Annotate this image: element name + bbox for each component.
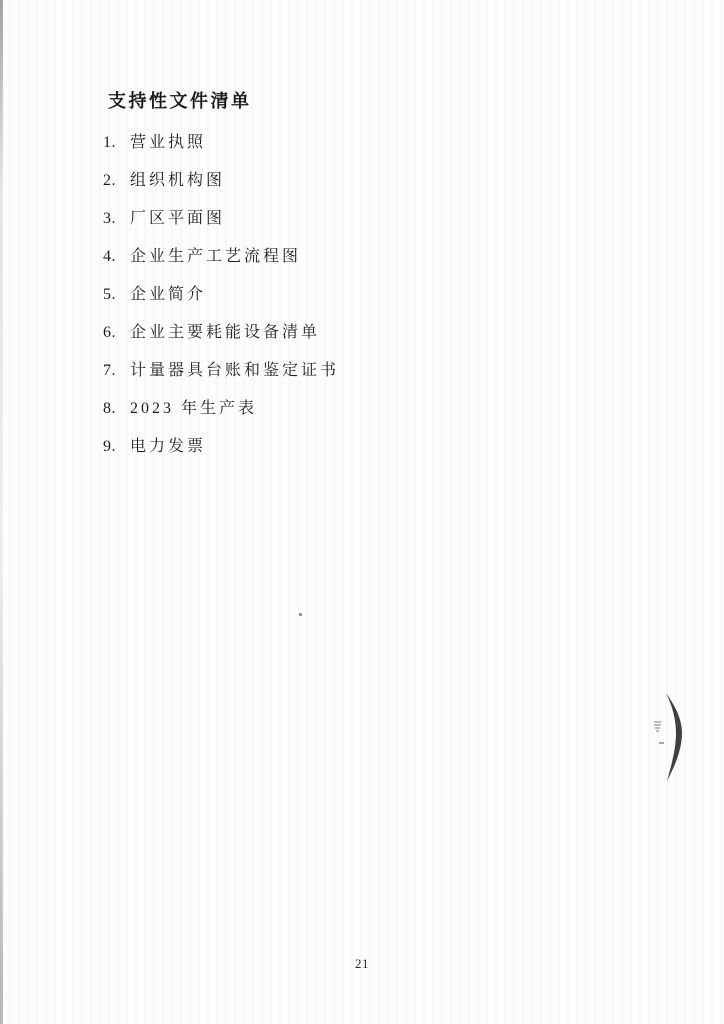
scan-left-edge-shadow (0, 0, 3, 1024)
list-item-number: 7. (103, 361, 130, 381)
list-item: 3. 厂区平面图 (103, 209, 339, 229)
list-item: 7. 计量器具台账和鉴定证书 (103, 361, 339, 381)
list-item-label: 计量器具台账和鉴定证书 (130, 361, 339, 381)
list-item: 4. 企业生产工艺流程图 (103, 247, 339, 267)
list-item: 8. 2023 年生产表 (103, 399, 339, 419)
list-item-number: 6. (103, 323, 130, 343)
list-item-number: 3. (103, 209, 130, 229)
list-item: 1. 营业执照 (103, 133, 339, 153)
list-item: 9. 电力发票 (103, 437, 339, 457)
document-page: 支持性文件清单 1. 营业执照 2. 组织机构图 3. 厂区平面图 4. 企业生… (0, 0, 724, 1024)
list-item-label: 2023 年生产表 (130, 399, 257, 419)
list-item-label: 组织机构图 (130, 171, 225, 191)
list-item-number: 8. (103, 399, 130, 419)
page-title: 支持性文件清单 (108, 90, 252, 112)
list-item-label: 厂区平面图 (130, 209, 225, 229)
list-item-number: 2. (103, 171, 130, 191)
list-item-number: 5. (103, 285, 130, 305)
scan-speck-artifact (299, 613, 302, 616)
list-item: 5. 企业简介 (103, 285, 339, 305)
list-item: 2. 组织机构图 (103, 171, 339, 191)
list-item-number: 9. (103, 437, 130, 457)
page-number: 21 (347, 956, 377, 972)
list-item-label: 营业执照 (130, 133, 206, 153)
list-item-label: 企业生产工艺流程图 (130, 247, 301, 267)
supporting-documents-list: 1. 营业执照 2. 组织机构图 3. 厂区平面图 4. 企业生产工艺流程图 5… (103, 133, 339, 457)
list-item-label: 企业主要耗能设备清单 (130, 323, 320, 343)
list-item-number: 4. (103, 247, 130, 267)
list-item-label: 企业简介 (130, 285, 206, 305)
list-item-label: 电力发票 (130, 437, 206, 457)
list-item-number: 1. (103, 133, 130, 153)
scan-page-curl-artifact-icon (645, 688, 690, 788)
list-item: 6. 企业主要耗能设备清单 (103, 323, 339, 343)
